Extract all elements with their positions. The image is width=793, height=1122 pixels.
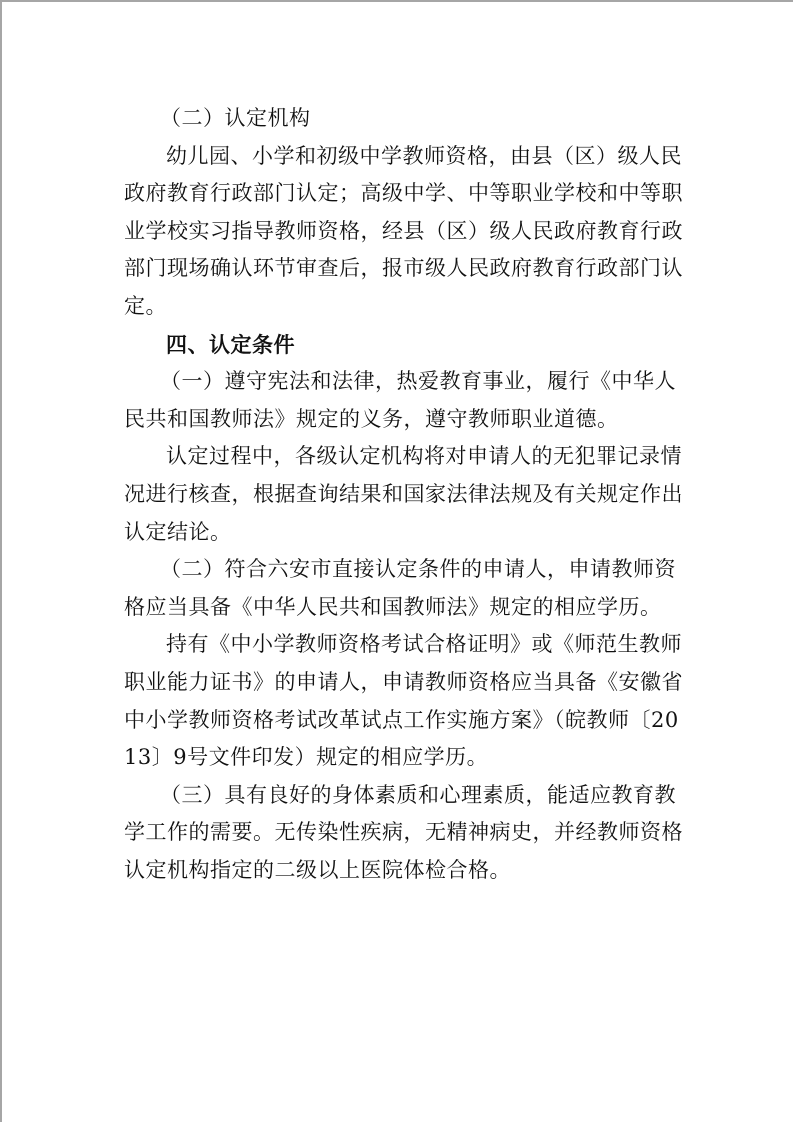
paragraph-condition-2: （二）符合六安市直接认定条件的申请人，申请教师资 格应当具备《中华人民共和国教师…: [124, 551, 674, 626]
text-line: 认定过程中，各级认定机构将对申请人的无犯罪记录情: [124, 438, 674, 476]
text-line: 民共和国教师法》规定的义务，遵守教师职业道德。: [88, 401, 674, 439]
text-line: 认定机构指定的二级以上医院体检合格。: [88, 852, 674, 890]
text-line: （一）遵守宪法和法律，热爱教育事业，履行《中华人: [124, 363, 674, 401]
text-line: 认定结论。: [82, 514, 674, 552]
text-line: 幼儿园、小学和初级中学教师资格，由县（区）级人民: [124, 138, 674, 176]
text-line: （二）认定机构: [124, 100, 674, 138]
paragraph-exam-certificate-holders: 持有《中小学教师资格考试合格证明》或《师范生教师 职业能力证书》的申请人，申请教…: [124, 626, 674, 776]
text-line: 格应当具备《中华人民共和国教师法》规定的相应学历。: [88, 589, 674, 627]
text-line: 13〕9号文件印发）规定的相应学历。: [82, 739, 674, 777]
text-line: 部门现场确认环节审查后，报市级人民政府教育行政部门认: [82, 250, 674, 288]
document-page: （二）认定机构 幼儿园、小学和初级中学教师资格，由县（区）级人民 政府教育行政部…: [0, 0, 793, 1122]
subheading-certification-body: （二）认定机构: [124, 100, 674, 138]
text-line: 定。: [82, 288, 674, 326]
text-line: 中小学教师资格考试改革试点工作实施方案》（皖教师〔20: [82, 702, 674, 740]
text-line: 况进行核查，根据查询结果和国家法律法规及有关规定作出: [82, 476, 674, 514]
document-body: （二）认定机构 幼儿园、小学和初级中学教师资格，由县（区）级人民 政府教育行政部…: [124, 100, 674, 889]
text-line: 学工作的需要。无传染性疾病，无精神病史，并经教师资格: [88, 814, 674, 852]
text-line: 政府教育行政部门认定；高级中学、中等职业学校和中等职: [82, 175, 674, 213]
paragraph-certification-authority: 幼儿园、小学和初级中学教师资格，由县（区）级人民 政府教育行政部门认定；高级中学…: [124, 138, 674, 326]
heading-certification-conditions: 四、认定条件: [124, 326, 674, 364]
text-line: 四、认定条件: [124, 326, 674, 364]
text-line: 职业能力证书》的申请人，申请教师资格应当具备《安徽省: [82, 664, 674, 702]
text-line: （二）符合六安市直接认定条件的申请人，申请教师资: [124, 551, 674, 589]
paragraph-condition-3: （三）具有良好的身体素质和心理素质，能适应教育教 学工作的需要。无传染性疾病，无…: [124, 777, 674, 890]
text-line: 业学校实习指导教师资格，经县（区）级人民政府教育行政: [82, 213, 674, 251]
paragraph-condition-1: （一）遵守宪法和法律，热爱教育事业，履行《中华人 民共和国教师法》规定的义务，遵…: [124, 363, 674, 438]
text-line: （三）具有良好的身体素质和心理素质，能适应教育教: [124, 777, 674, 815]
text-line: 持有《中小学教师资格考试合格证明》或《师范生教师: [124, 626, 674, 664]
paragraph-criminal-record-check: 认定过程中，各级认定机构将对申请人的无犯罪记录情 况进行核查，根据查询结果和国家…: [124, 438, 674, 551]
